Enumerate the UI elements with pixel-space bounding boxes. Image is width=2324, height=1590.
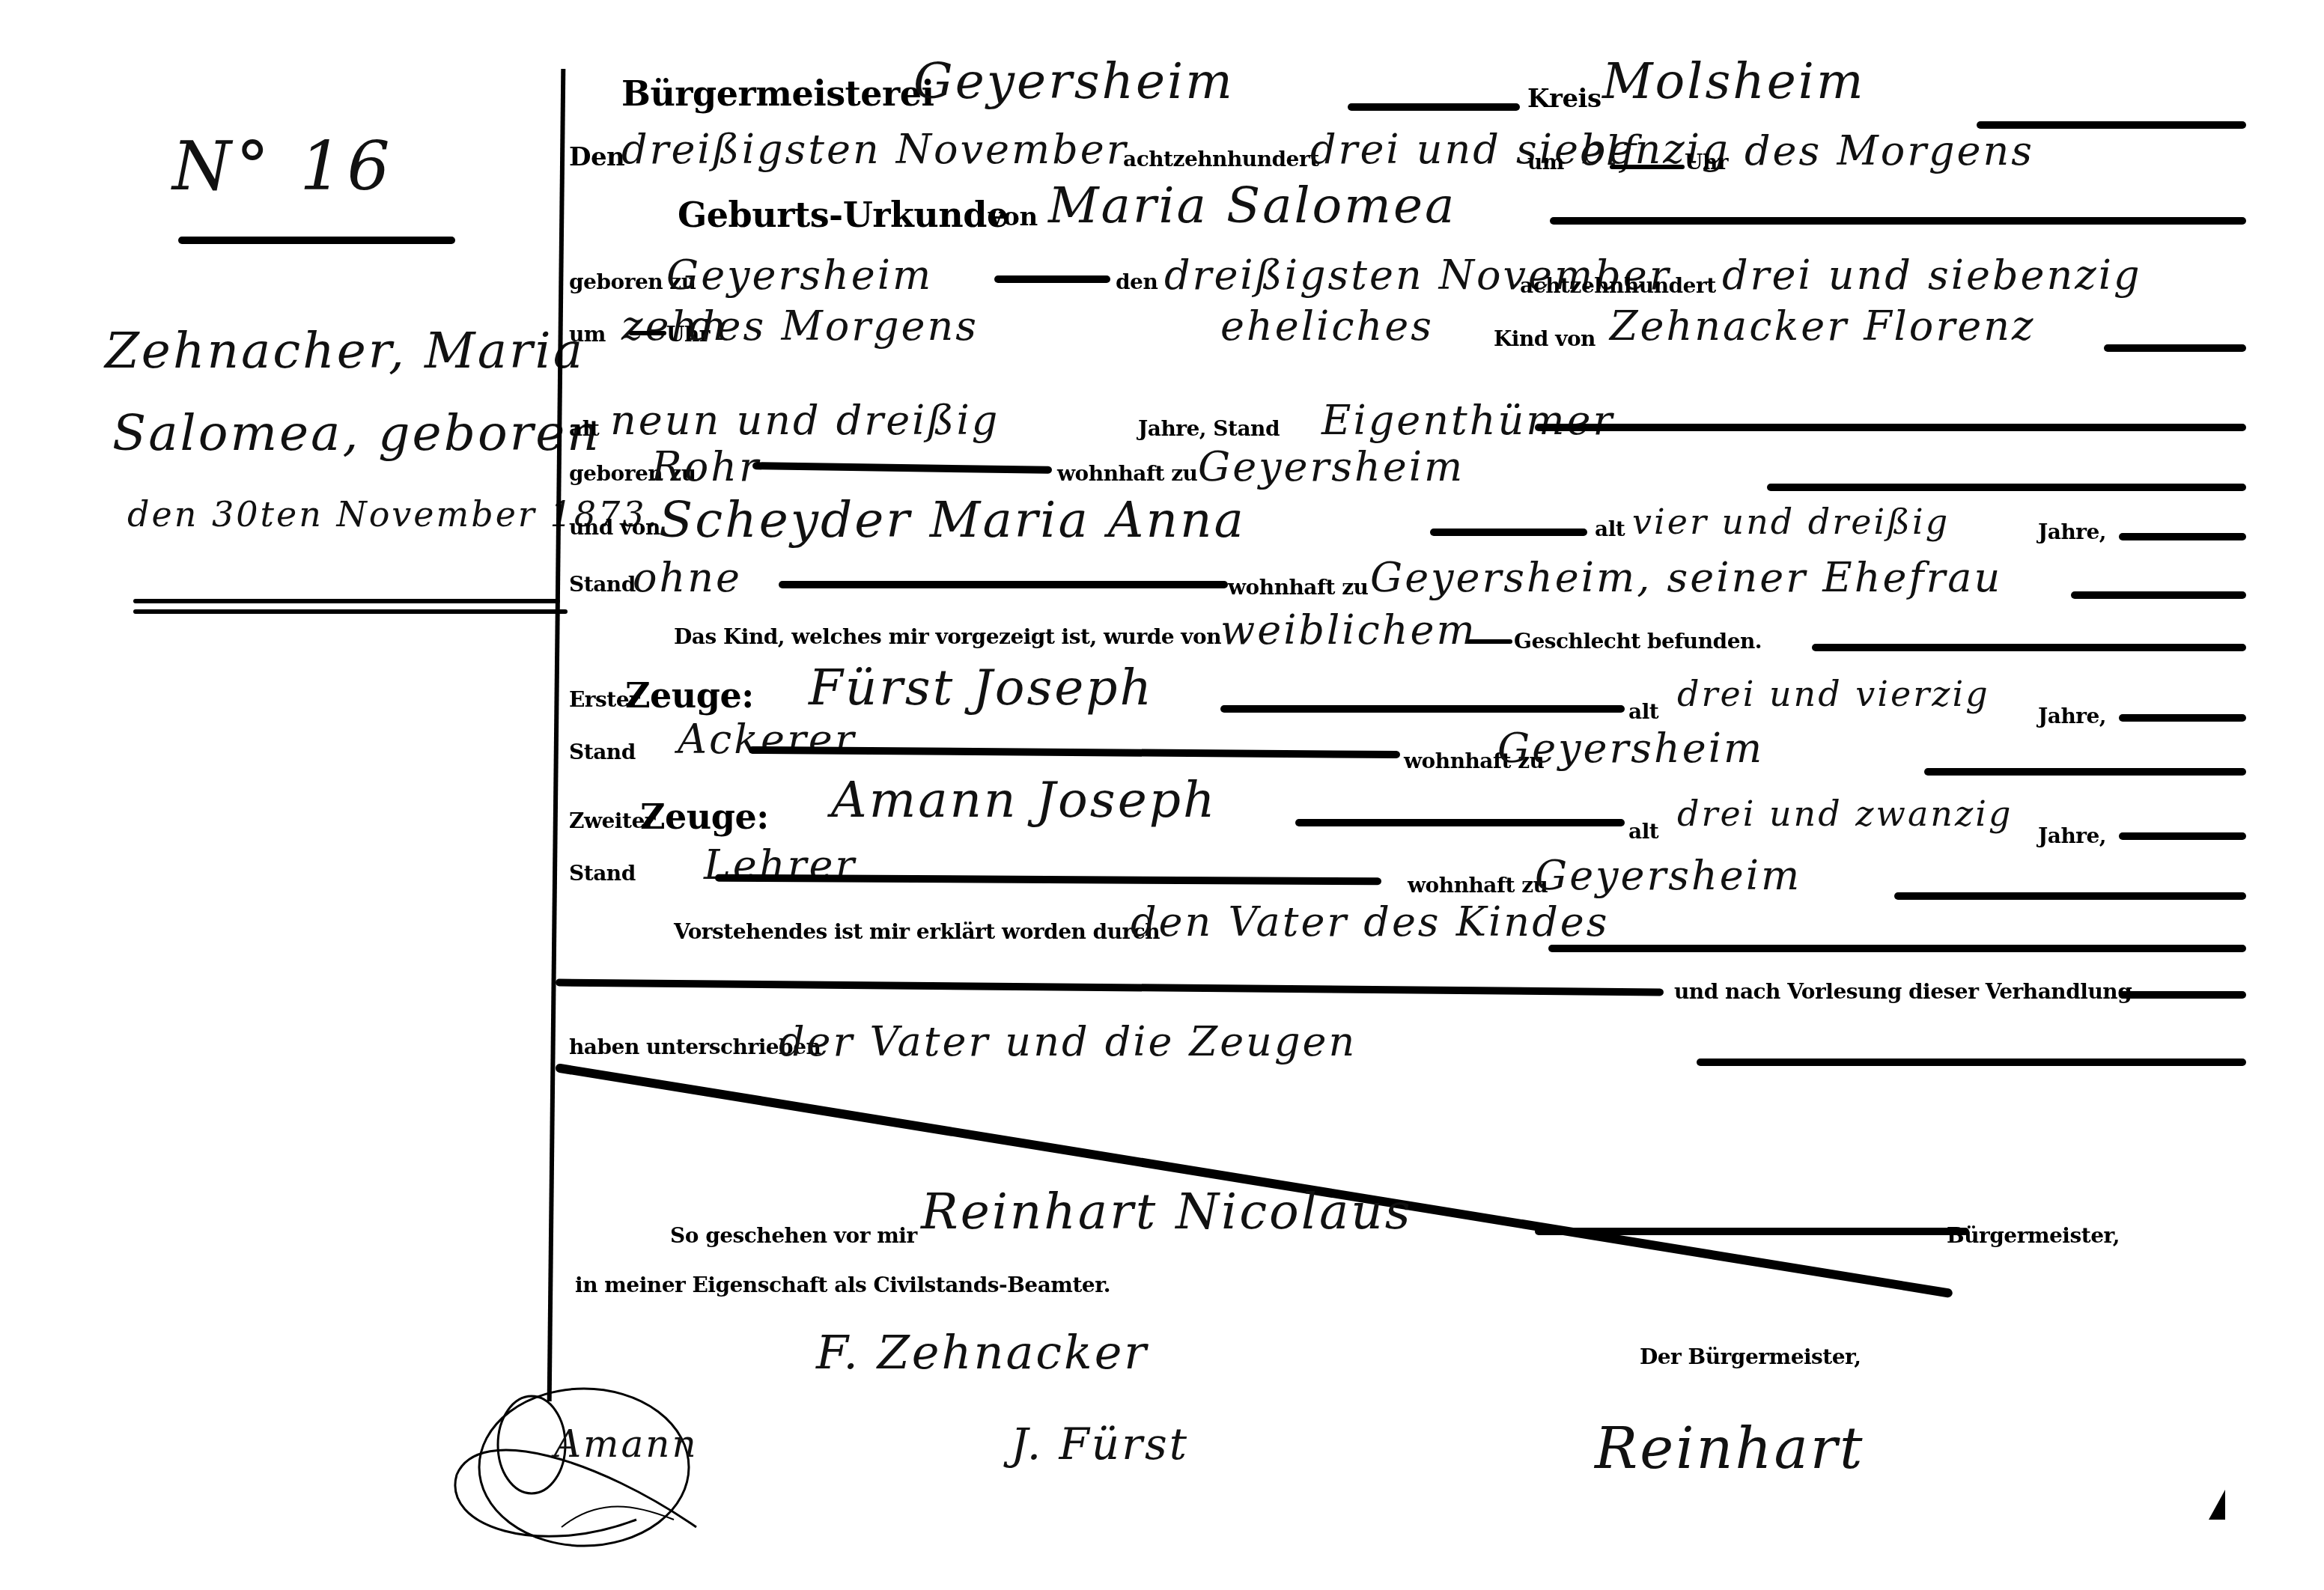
rule bbox=[1467, 639, 1512, 644]
rule bbox=[752, 462, 1052, 474]
witness1-label: Zeuge: bbox=[625, 675, 754, 716]
witness2-age: drei und zwanzig bbox=[1677, 794, 2013, 834]
witness2-residence: Geyersheim bbox=[1535, 852, 1801, 899]
sex-line-prefix: Das Kind, welches mir vorgezeigt ist, wu… bbox=[674, 624, 1221, 649]
rule bbox=[1548, 945, 2246, 952]
closing-prefix: So geschehen vor mir bbox=[670, 1223, 917, 1248]
witness2-wohnhaft-label: wohnhaft zu bbox=[1408, 873, 1548, 898]
rule bbox=[1812, 644, 2246, 651]
alt-label: alt bbox=[569, 416, 599, 441]
birth-place: Geyersheim bbox=[666, 252, 933, 299]
rule bbox=[2071, 591, 2246, 599]
father-occupation: Eigenthümer bbox=[1321, 397, 1614, 444]
stand-label: Stand bbox=[569, 572, 636, 597]
witness2-stand-label: Stand bbox=[569, 861, 636, 886]
vertical-column-divider bbox=[547, 69, 566, 1401]
von-label: von bbox=[988, 202, 1038, 232]
uhr-label: Uhr bbox=[1685, 150, 1728, 174]
rule bbox=[1535, 1228, 1969, 1235]
record-period: des Morgens bbox=[1744, 127, 2034, 174]
child-sex: weiblichem bbox=[1220, 606, 1477, 654]
record-number-underline bbox=[178, 237, 455, 244]
witness-signature-1: Amann bbox=[554, 1422, 699, 1466]
wohnhaft-label: wohnhaft zu bbox=[1057, 461, 1197, 486]
mother-residence: Geyersheim, seiner Ehefrau bbox=[1370, 554, 2002, 601]
rule bbox=[1550, 217, 2246, 225]
wohnhaft-label-2: wohnhaft zu bbox=[1228, 575, 1368, 600]
witness2-name: Amann Joseph bbox=[831, 771, 1217, 829]
century-label-2: achtzehnhundert bbox=[1520, 273, 1716, 298]
witness1-residence: Geyersheim bbox=[1497, 725, 1764, 772]
rule bbox=[2119, 714, 2246, 722]
rule bbox=[994, 275, 1110, 283]
section-rule bbox=[556, 979, 1664, 996]
sex-line-suffix: Geschlecht befunden. bbox=[1514, 629, 1762, 654]
rule bbox=[1610, 165, 1685, 169]
father-residence: Geyersheim bbox=[1198, 443, 1464, 490]
jahre-label: Jahre, bbox=[2038, 520, 2106, 544]
mother-age: vier und dreißig bbox=[1632, 502, 1950, 542]
witness2-jahre-label: Jahre, bbox=[2038, 823, 2106, 848]
buergermeisterei-label: Bürgermeisterei bbox=[621, 73, 934, 114]
jahre-stand-label: Jahre, Stand bbox=[1138, 416, 1280, 441]
legitimacy: eheliches bbox=[1220, 302, 1434, 350]
den-label-2: den bbox=[1116, 269, 1158, 294]
record-day: dreißigsten November bbox=[621, 126, 1128, 173]
witness1-stand-label: Stand bbox=[569, 740, 636, 764]
alt-label-2: alt bbox=[1595, 517, 1625, 541]
mayor-title: Bürgermeister, bbox=[1947, 1223, 2120, 1248]
kind-von-label: Kind von bbox=[1494, 326, 1596, 351]
father-name: Zehnacker Florenz bbox=[1610, 302, 2035, 350]
declarant: den Vater des Kindes bbox=[1131, 898, 1609, 945]
margin-divider-top bbox=[133, 599, 560, 603]
rule bbox=[1430, 529, 1587, 536]
mayor-label: Der Bürgermeister, bbox=[1640, 1344, 1861, 1369]
rule bbox=[1348, 103, 1520, 111]
birth-year: drei und siebenzig bbox=[1722, 252, 2142, 299]
rule bbox=[2104, 344, 2246, 352]
rule bbox=[1697, 1059, 2246, 1066]
birth-certificate-page: N° 16 Zehnacher, Maria Salomea, geboren … bbox=[0, 0, 2324, 1590]
capacity-line: in meiner Eigenschaft als Civilstands-Be… bbox=[575, 1273, 1110, 1297]
record-number: N° 16 bbox=[172, 127, 395, 206]
rule bbox=[1220, 705, 1625, 713]
father-signature: F. Zehnacker bbox=[816, 1325, 1149, 1380]
witness1-occupation: Ackerer bbox=[678, 716, 857, 763]
certificate-title: Geburts-Urkunde bbox=[678, 195, 1009, 235]
rule bbox=[1924, 768, 2246, 776]
margin-name-line1: Zehnacher, Maria bbox=[105, 322, 585, 380]
rule bbox=[2119, 832, 2246, 840]
und-von-label: und von bbox=[569, 515, 660, 540]
rule bbox=[1295, 819, 1625, 826]
mayor-signature: Reinhart bbox=[1595, 1415, 1865, 1481]
witness2-alt-label: alt bbox=[1628, 819, 1658, 844]
um-label: um bbox=[1527, 150, 1564, 174]
diagonal-strike-line bbox=[555, 1063, 1953, 1298]
birth-period: des Morgens bbox=[689, 302, 979, 350]
rule bbox=[1767, 484, 2246, 491]
margin-divider-bottom bbox=[133, 609, 568, 614]
rule bbox=[1894, 892, 2246, 900]
den-label: Den bbox=[569, 142, 624, 172]
witness1-alt-label: alt bbox=[1628, 699, 1658, 724]
declaration-prefix: Vorstehendes ist mir erklärt worden durc… bbox=[674, 919, 1160, 944]
rule bbox=[2119, 533, 2246, 540]
witness1-age: drei und vierzig bbox=[1677, 674, 1990, 714]
witness-signature-2: J. Fürst bbox=[1011, 1419, 1189, 1469]
buergermeisterei-value: Geyersheim bbox=[913, 52, 1235, 110]
rule bbox=[2119, 991, 2246, 999]
rule bbox=[1535, 424, 2246, 431]
witness1-name: Fürst Joseph bbox=[809, 659, 1154, 716]
corner-mark bbox=[2209, 1490, 2231, 1520]
child-name: Maria Salomea bbox=[1048, 177, 1456, 234]
witness1-jahre-label: Jahre, bbox=[2038, 704, 2106, 728]
margin-name-line2: Salomea, geboren bbox=[112, 404, 601, 462]
father-age: neun und dreißig bbox=[610, 397, 1000, 444]
rule bbox=[629, 331, 666, 335]
signers: der Vater und die Zeugen bbox=[779, 1018, 1357, 1065]
reading-label: und nach Vorlesung dieser Verhandlung bbox=[1674, 979, 2132, 1004]
rule bbox=[779, 581, 1228, 588]
um-label-2: um bbox=[569, 322, 606, 347]
kreis-label: Kreis bbox=[1527, 84, 1601, 114]
witness2-label: Zeuge: bbox=[640, 796, 769, 837]
century-label: achtzehnhundert bbox=[1123, 147, 1319, 171]
official-name: Reinhart Nicolaus bbox=[921, 1183, 1413, 1240]
father-birthplace: Rohr bbox=[651, 443, 761, 490]
mother-name: Scheyder Maria Anna bbox=[659, 491, 1246, 549]
kreis-value: Molsheim bbox=[1602, 52, 1866, 110]
mother-occupation: ohne bbox=[633, 554, 742, 601]
